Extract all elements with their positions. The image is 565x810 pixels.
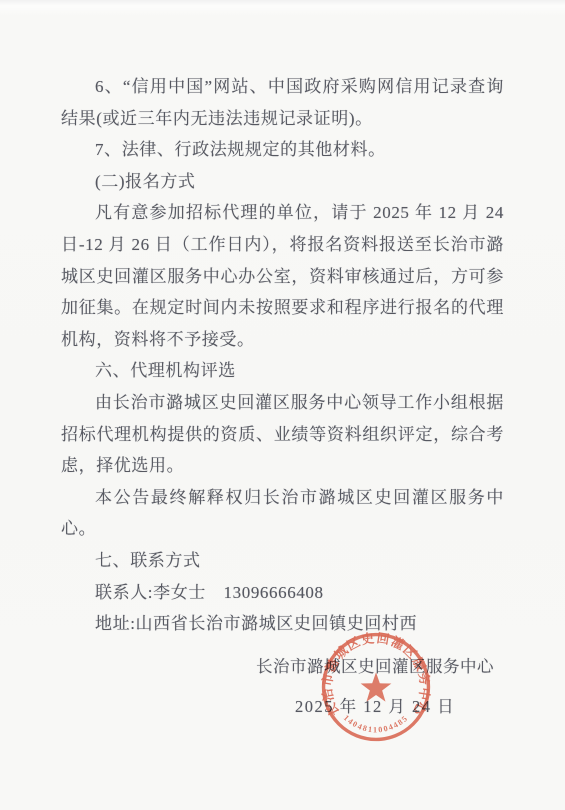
document-body: 6、“信用中国”网站、中国政府采购网信用记录查询结果(或近三年内无违法违规记录证… — [61, 71, 504, 640]
heading-contact-info: 七、联系方式 — [61, 545, 504, 577]
seal-code: 1404811004485 — [342, 713, 410, 734]
paragraph-contact-person: 联系人:李女士 13096666408 — [61, 577, 504, 609]
paragraph-address: 地址:山西省长治市潞城区史回镇史回村西 — [61, 608, 504, 640]
paragraph-selection-details: 由长治市潞城区史回灌区服务中心领导工作小组根据招标代理机构提供的资质、业绩等资料… — [61, 387, 504, 482]
svg-text:1404811004485: 1404811004485 — [342, 713, 410, 734]
paragraph-credit-china: 6、“信用中国”网站、中国政府采购网信用记录查询结果(或近三年内无违法违规记录证… — [61, 71, 504, 134]
heading-registration-method: (二)报名方式 — [61, 166, 504, 198]
seal-star-icon — [361, 672, 392, 701]
paragraph-registration-details: 凡有意参加招标代理的单位，请于 2025 年 12 月 24 日-12 月 26… — [61, 197, 504, 355]
paragraph-other-materials: 7、法律、行政法规规定的其他材料。 — [61, 134, 504, 166]
heading-agency-selection: 六、代理机构评选 — [61, 355, 504, 387]
official-seal: 长治市潞城区史回灌区服务中心 1404811004485 — [318, 629, 434, 745]
paragraph-final-interpretation: 本公告最终解释权归长治市潞城区史回灌区服务中心。 — [61, 482, 504, 545]
document-page: 6、“信用中国”网站、中国政府采购网信用记录查询结果(或近三年内无违法违规记录证… — [0, 0, 565, 810]
